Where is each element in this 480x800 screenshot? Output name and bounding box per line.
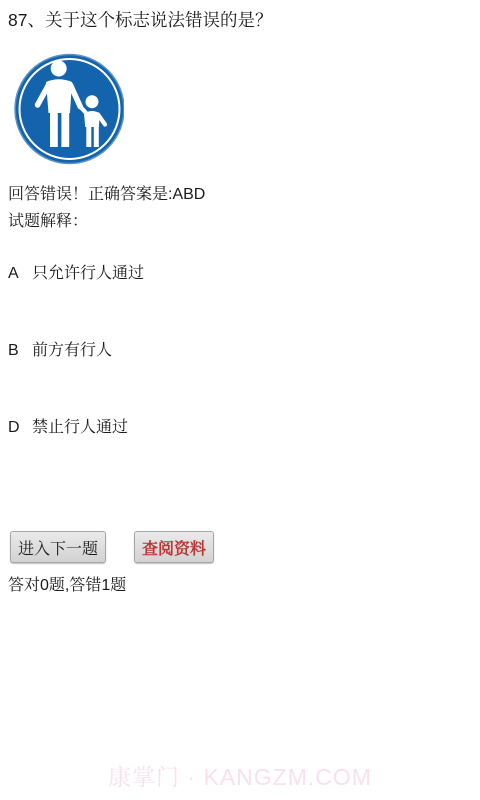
question-title: 87、关于这个标志说法错误的是？ — [0, 0, 480, 32]
option-d[interactable]: D 禁止行人通过 — [8, 418, 480, 437]
option-b-text: 前方有行人 — [32, 341, 112, 360]
option-a-letter: A — [8, 264, 32, 283]
score-summary: 答对0题,答错1题 — [8, 576, 472, 595]
option-d-letter: D — [8, 418, 32, 437]
view-reference-button[interactable]: 查阅资料 — [134, 531, 214, 563]
option-a[interactable]: A 只允许行人通过 — [8, 264, 480, 283]
option-a-text: 只允许行人通过 — [32, 264, 144, 283]
quiz-page: 87、关于这个标志说法错误的是？ 回答错误！正确答案是:ABD 试题解释： A — [0, 0, 480, 800]
traffic-sign-image — [12, 51, 124, 165]
action-button-row: 进入下一题 查阅资料 — [10, 531, 480, 563]
next-question-button[interactable]: 进入下一题 — [10, 531, 106, 563]
option-b-letter: B — [8, 341, 32, 360]
option-b[interactable]: B 前方有行人 — [8, 341, 480, 360]
explanation-label: 试题解释： — [8, 212, 472, 231]
pedestrians-walk-sign-icon — [12, 51, 124, 165]
option-d-text: 禁止行人通过 — [32, 418, 128, 437]
site-watermark: 康掌门 · KANGZM.COM — [0, 763, 480, 791]
answer-result-text: 回答错误！正确答案是:ABD — [8, 185, 472, 204]
